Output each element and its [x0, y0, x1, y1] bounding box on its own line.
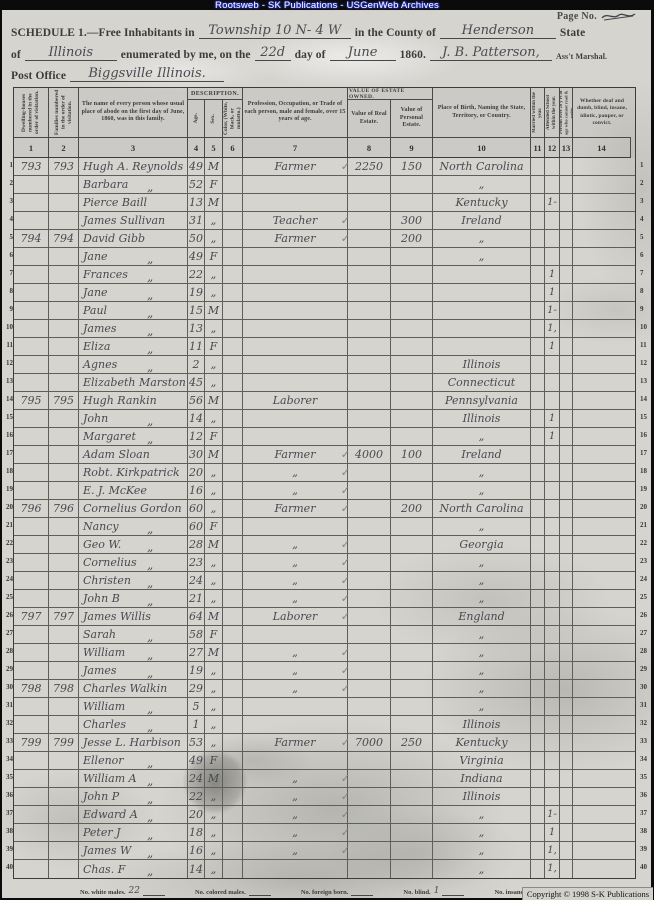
birthplace-value: North Carolina — [439, 503, 523, 514]
deaf-dumb-remarks — [573, 212, 631, 229]
check-mark: ✓ — [341, 772, 350, 785]
deaf-dumb-remarks — [573, 572, 631, 589]
deaf-dumb-remarks — [573, 788, 631, 805]
attended-school: 1- — [545, 806, 560, 823]
personal-estate-value — [391, 356, 433, 373]
cannot-read-write — [560, 356, 573, 373]
dwelling-number-value: 795 — [21, 395, 42, 406]
color — [223, 770, 243, 787]
personal-estate-value — [391, 590, 433, 607]
age-value: 16 — [189, 845, 203, 856]
header-birthplace: Place of Birth, Naming the State, Territ… — [433, 88, 531, 138]
married-within-year — [531, 500, 545, 517]
dwelling-number — [14, 266, 49, 283]
copyright-notice: Copyright © 1998 S-K Publications — [522, 887, 653, 900]
family-number: 794 — [49, 230, 79, 247]
birthplace: „ — [433, 518, 531, 535]
dwelling-number: 793 — [14, 158, 49, 175]
color — [223, 392, 243, 409]
attended-school: 1- — [545, 302, 560, 319]
occupation — [243, 698, 348, 715]
birthplace: „ — [433, 428, 531, 445]
family-number — [49, 248, 79, 265]
birthplace-value: „ — [479, 233, 485, 244]
deaf-dumb-remarks — [573, 608, 631, 625]
attended-school — [545, 230, 560, 247]
sex-value: „ — [211, 683, 217, 694]
row-number-left: 34 — [3, 751, 13, 769]
attended-school — [545, 482, 560, 499]
check-mark: ✓ — [341, 160, 350, 173]
name-ditto-mark: „ — [147, 325, 153, 337]
check-mark: ✓ — [341, 682, 350, 695]
tally-label: No. insane. — [494, 889, 525, 896]
family-number: 795 — [49, 392, 79, 409]
married-within-year — [531, 464, 545, 481]
attended-school — [545, 572, 560, 589]
sex-value: „ — [211, 791, 217, 802]
deaf-dumb-remarks — [573, 716, 631, 733]
row-number-right: 22 — [640, 535, 650, 553]
occupation-value: „ — [292, 575, 298, 586]
cannot-read-write — [560, 500, 573, 517]
married-within-year — [531, 824, 545, 841]
real-estate-value-value: 2250 — [355, 161, 383, 172]
birthplace: „ — [433, 644, 531, 661]
real-estate-value — [348, 212, 391, 229]
age: 15 — [188, 302, 205, 319]
attended-school — [545, 536, 560, 553]
row-number-left: 13 — [3, 373, 13, 391]
age-value: 12 — [189, 431, 203, 442]
census-row-37: Edward A„20„„✓„1- — [14, 806, 635, 824]
cannot-read-write — [560, 194, 573, 211]
personal-estate-value — [391, 464, 433, 481]
sex: „ — [205, 860, 223, 878]
column-number-5: 5 — [205, 138, 223, 158]
deaf-dumb-remarks — [573, 734, 631, 751]
name-ditto-mark: „ — [147, 847, 153, 859]
birthplace: Virginia — [433, 752, 531, 769]
birthplace-value: Connecticut — [448, 377, 515, 388]
row-number-right: 37 — [640, 805, 650, 823]
age-value: 49 — [189, 251, 203, 262]
occupation-value: „ — [292, 683, 298, 694]
person-name-value: Barbara — [83, 179, 128, 190]
birthplace-value: „ — [479, 809, 485, 820]
column-number-10: 10 — [433, 138, 531, 158]
attended-school — [545, 770, 560, 787]
dwelling-number — [14, 824, 49, 841]
color — [223, 302, 243, 319]
sex: M — [205, 392, 223, 409]
married-within-year — [531, 194, 545, 211]
dwelling-number — [14, 356, 49, 373]
tally-item-4: No. blind.1 — [403, 886, 464, 896]
occupation — [243, 176, 348, 193]
age-value: 31 — [189, 215, 203, 226]
attended-school — [545, 212, 560, 229]
personal-estate-value: 150 — [391, 158, 433, 175]
occupation-value: Farmer — [275, 449, 316, 460]
occupation-value: „ — [292, 809, 298, 820]
tally-label: No. foreign born. — [301, 889, 349, 896]
sex-value: „ — [211, 485, 217, 496]
name-ditto-mark: „ — [147, 433, 153, 445]
dwelling-number-value: 796 — [21, 503, 42, 514]
dwelling-number — [14, 572, 49, 589]
cannot-read-write — [560, 752, 573, 769]
personal-estate-value — [391, 554, 433, 571]
check-mark: ✓ — [341, 556, 350, 569]
dwelling-number — [14, 302, 49, 319]
color — [223, 734, 243, 751]
personal-estate-value — [391, 788, 433, 805]
birthplace-value: „ — [479, 665, 485, 676]
sex-value: M — [208, 647, 219, 658]
row-number-right: 35 — [640, 769, 650, 787]
person-name: Nancy„ — [79, 518, 188, 535]
age-value: 14 — [189, 413, 203, 424]
sex: M — [205, 194, 223, 211]
real-estate-value-value: 7000 — [355, 737, 383, 748]
married-within-year — [531, 770, 545, 787]
color — [223, 194, 243, 211]
dwelling-number — [14, 284, 49, 301]
sex: „ — [205, 572, 223, 589]
tally-label: No. white males. — [80, 889, 126, 896]
dwelling-number: 796 — [14, 500, 49, 517]
real-estate-value — [348, 500, 391, 517]
dwelling-number — [14, 806, 49, 823]
sex: „ — [205, 374, 223, 391]
person-name: Edward A„ — [79, 806, 188, 823]
personal-estate-value — [391, 770, 433, 787]
age: 13 — [188, 320, 205, 337]
header-occupation: Profession, Occupation, or Trade of each… — [243, 88, 348, 138]
occupation: Laborer✓ — [243, 608, 348, 625]
dwelling-number — [14, 860, 49, 878]
real-estate-value — [348, 698, 391, 715]
person-name: Barbara„ — [79, 176, 188, 193]
row-number-right: 14 — [640, 391, 650, 409]
birthplace: Ireland — [433, 446, 531, 463]
age-value: 45 — [189, 377, 203, 388]
name-ditto-mark: „ — [147, 865, 153, 877]
day-of-label: day of — [291, 49, 330, 61]
family-number-value: 798 — [53, 683, 74, 694]
birthplace: Connecticut — [433, 374, 531, 391]
census-row-11: Eliza„11F1 — [14, 338, 635, 356]
sex-value: „ — [211, 287, 217, 298]
family-number-value: 799 — [53, 737, 74, 748]
sex-value: „ — [211, 215, 217, 226]
real-estate-value — [348, 194, 391, 211]
census-row-27: Sarah„58F„ — [14, 626, 635, 644]
dwelling-number — [14, 446, 49, 463]
occupation: Farmer✓ — [243, 734, 348, 751]
birthplace-value: Kentucky — [455, 737, 507, 748]
row-number-right: 10 — [640, 319, 650, 337]
row-number-left: 8 — [3, 283, 13, 301]
check-mark: ✓ — [341, 790, 350, 803]
census-row-18: Robt. Kirkpatrick20„„✓„ — [14, 464, 635, 482]
age: 24 — [188, 770, 205, 787]
deaf-dumb-remarks — [573, 554, 631, 571]
occupation — [243, 248, 348, 265]
row-number-left: 38 — [3, 823, 13, 841]
age-value: 16 — [189, 485, 203, 496]
dwelling-number — [14, 662, 49, 679]
birthplace-value: Ireland — [461, 215, 501, 226]
row-number-left: 26 — [3, 607, 13, 625]
dwelling-number — [14, 842, 49, 859]
sex-value: M — [208, 395, 219, 406]
row-number-right: 29 — [640, 661, 650, 679]
age-value: 1 — [193, 719, 200, 730]
person-name: William„ — [79, 644, 188, 661]
person-name-value: John B — [83, 593, 120, 604]
person-name: Paul„ — [79, 302, 188, 319]
family-number — [49, 860, 79, 878]
dwelling-number — [14, 554, 49, 571]
person-name: Chas. F„ — [79, 860, 188, 878]
birthplace: „ — [433, 680, 531, 697]
deaf-dumb-remarks — [573, 698, 631, 715]
person-name-value: James — [83, 323, 117, 334]
attended-school-value: 1 — [549, 288, 555, 298]
person-name: John„ — [79, 410, 188, 427]
family-number — [49, 788, 79, 805]
attended-school — [545, 644, 560, 661]
cannot-read-write — [560, 644, 573, 661]
check-mark: ✓ — [341, 502, 350, 515]
person-name: Jane„ — [79, 284, 188, 301]
row-number-left: 27 — [3, 625, 13, 643]
birthplace-value: Ireland — [461, 449, 501, 460]
deaf-dumb-remarks — [573, 410, 631, 427]
real-estate-value — [348, 374, 391, 391]
color — [223, 428, 243, 445]
deaf-dumb-remarks — [573, 770, 631, 787]
married-within-year — [531, 518, 545, 535]
age: 14 — [188, 860, 205, 878]
row-number-left: 22 — [3, 535, 13, 553]
person-name: William A„ — [79, 770, 188, 787]
sex: F — [205, 338, 223, 355]
birthplace: Illinois — [433, 410, 531, 427]
year-label: 1860. — [396, 49, 430, 61]
sex-value: „ — [211, 359, 217, 370]
column-number-2: 2 — [49, 138, 79, 158]
dwelling-number — [14, 212, 49, 229]
month-field: June — [330, 46, 396, 61]
census-row-9: Paul„15M1- — [14, 302, 635, 320]
column-number-14: 14 — [573, 138, 631, 158]
personal-estate-value — [391, 176, 433, 193]
occupation — [243, 410, 348, 427]
sex: „ — [205, 464, 223, 481]
deaf-dumb-remarks — [573, 446, 631, 463]
dwelling-number — [14, 644, 49, 661]
age-value: 2 — [193, 359, 200, 370]
table-header: Dwelling-houses numbered in the order of… — [14, 88, 635, 158]
family-number — [49, 842, 79, 859]
age-value: 24 — [189, 575, 203, 586]
person-name-value: William — [83, 701, 125, 712]
family-number — [49, 824, 79, 841]
family-number — [49, 572, 79, 589]
real-estate-value — [348, 320, 391, 337]
birthplace: „ — [433, 860, 531, 878]
age: 49 — [188, 158, 205, 175]
marshal-signature: J. B. Patterson, — [430, 46, 552, 61]
age: 5 — [188, 698, 205, 715]
name-ditto-mark: „ — [147, 811, 153, 823]
birthplace-value: „ — [479, 485, 485, 496]
family-number — [49, 194, 79, 211]
cannot-read-write — [560, 158, 573, 175]
attended-school — [545, 446, 560, 463]
column-number-7: 7 — [243, 138, 348, 158]
color — [223, 590, 243, 607]
birthplace: Kentucky — [433, 194, 531, 211]
sex: M — [205, 608, 223, 625]
real-estate-value — [348, 680, 391, 697]
page-number: Page No. — [557, 10, 637, 22]
personal-estate-value-value: 250 — [401, 737, 422, 748]
birthplace-value: North Carolina — [439, 161, 523, 172]
occupation: „✓ — [243, 464, 348, 481]
occupation: „✓ — [243, 788, 348, 805]
deaf-dumb-remarks — [573, 248, 631, 265]
person-name-value: Cornelius Gordon — [83, 503, 182, 514]
person-name: Christen„ — [79, 572, 188, 589]
age-value: 14 — [189, 864, 203, 875]
header-attended-school: Attended School within the year. — [545, 88, 560, 138]
birthplace: Georgia — [433, 536, 531, 553]
deaf-dumb-remarks — [573, 158, 631, 175]
person-name: William„ — [79, 698, 188, 715]
married-within-year — [531, 338, 545, 355]
personal-estate-value — [391, 392, 433, 409]
birthplace-value: „ — [479, 557, 485, 568]
age-value: 30 — [189, 449, 203, 460]
name-ditto-mark: „ — [147, 289, 153, 301]
personal-estate-value — [391, 320, 433, 337]
personal-estate-value — [391, 716, 433, 733]
birthplace-value: „ — [479, 575, 485, 586]
tally-underline — [351, 889, 373, 896]
deaf-dumb-remarks — [573, 338, 631, 355]
real-estate-value — [348, 464, 391, 481]
sex: „ — [205, 482, 223, 499]
census-row-19: E. J. McKee16„„✓„ — [14, 482, 635, 500]
sex: „ — [205, 320, 223, 337]
row-number-right: 21 — [640, 517, 650, 535]
age-value: 60 — [189, 503, 203, 514]
attended-school — [545, 608, 560, 625]
birthplace-value: Illinois — [463, 719, 501, 730]
attended-school — [545, 518, 560, 535]
birthplace-value: „ — [479, 467, 485, 478]
color — [223, 212, 243, 229]
sex-value: „ — [211, 413, 217, 424]
married-within-year — [531, 590, 545, 607]
personal-estate-value — [391, 842, 433, 859]
age-value: 27 — [189, 647, 203, 658]
color — [223, 788, 243, 805]
cannot-read-write — [560, 518, 573, 535]
person-name: Ellenor„ — [79, 752, 188, 769]
name-ditto-mark: „ — [147, 343, 153, 355]
personal-estate-value — [391, 824, 433, 841]
occupation: „✓ — [243, 572, 348, 589]
attended-school — [545, 752, 560, 769]
census-row-13: Elizabeth Marston45„Connecticut — [14, 374, 635, 392]
post-office-field: Biggsville Illinois. — [70, 67, 224, 82]
row-number-right: 4 — [640, 211, 650, 229]
row-number-right: 28 — [640, 643, 650, 661]
age: 18 — [188, 824, 205, 841]
name-ditto-mark: „ — [147, 271, 153, 283]
check-mark: ✓ — [341, 574, 350, 587]
sex: „ — [205, 410, 223, 427]
personal-estate-value — [391, 806, 433, 823]
row-number-right: 3 — [640, 193, 650, 211]
of-word: of — [7, 49, 25, 61]
real-estate-value — [348, 338, 391, 355]
person-name-value: Jane — [83, 287, 108, 298]
attended-school — [545, 356, 560, 373]
sex-value: M — [208, 161, 219, 172]
married-within-year — [531, 410, 545, 427]
birthplace-value: Georgia — [459, 539, 503, 550]
color — [223, 158, 243, 175]
cannot-read-write — [560, 446, 573, 463]
cannot-read-write — [560, 302, 573, 319]
real-estate-value — [348, 230, 391, 247]
census-row-4: James Sullivan31„Teacher✓300Ireland — [14, 212, 635, 230]
sex: F — [205, 626, 223, 643]
census-table: Dwelling-houses numbered in the order of… — [13, 87, 636, 879]
birthplace: „ — [433, 626, 531, 643]
birthplace: „ — [433, 662, 531, 679]
cannot-read-write — [560, 608, 573, 625]
real-estate-value — [348, 176, 391, 193]
deaf-dumb-remarks — [573, 824, 631, 841]
age: 24 — [188, 572, 205, 589]
sex: „ — [205, 356, 223, 373]
personal-estate-value — [391, 860, 433, 878]
census-scan-page: Page No. SCHEDULE 1.—Free Inhabitants in… — [2, 10, 651, 898]
row-number-right: 27 — [640, 625, 650, 643]
age-value: 11 — [189, 341, 203, 352]
census-row-39: James W„16„„✓„1, — [14, 842, 635, 860]
married-within-year — [531, 608, 545, 625]
census-row-29: James„19„„✓„ — [14, 662, 635, 680]
occupation: „✓ — [243, 806, 348, 823]
column-number-11: 11 — [531, 138, 545, 158]
deaf-dumb-remarks — [573, 194, 631, 211]
deaf-dumb-remarks — [573, 482, 631, 499]
person-name-value: Agnes — [83, 359, 117, 370]
person-name-value: Jane — [83, 251, 108, 262]
schedule-heading: SCHEDULE 1.—Free Inhabitants in — [7, 27, 199, 39]
birthplace-value: „ — [479, 701, 485, 712]
deaf-dumb-remarks — [573, 518, 631, 535]
sex: „ — [205, 788, 223, 805]
